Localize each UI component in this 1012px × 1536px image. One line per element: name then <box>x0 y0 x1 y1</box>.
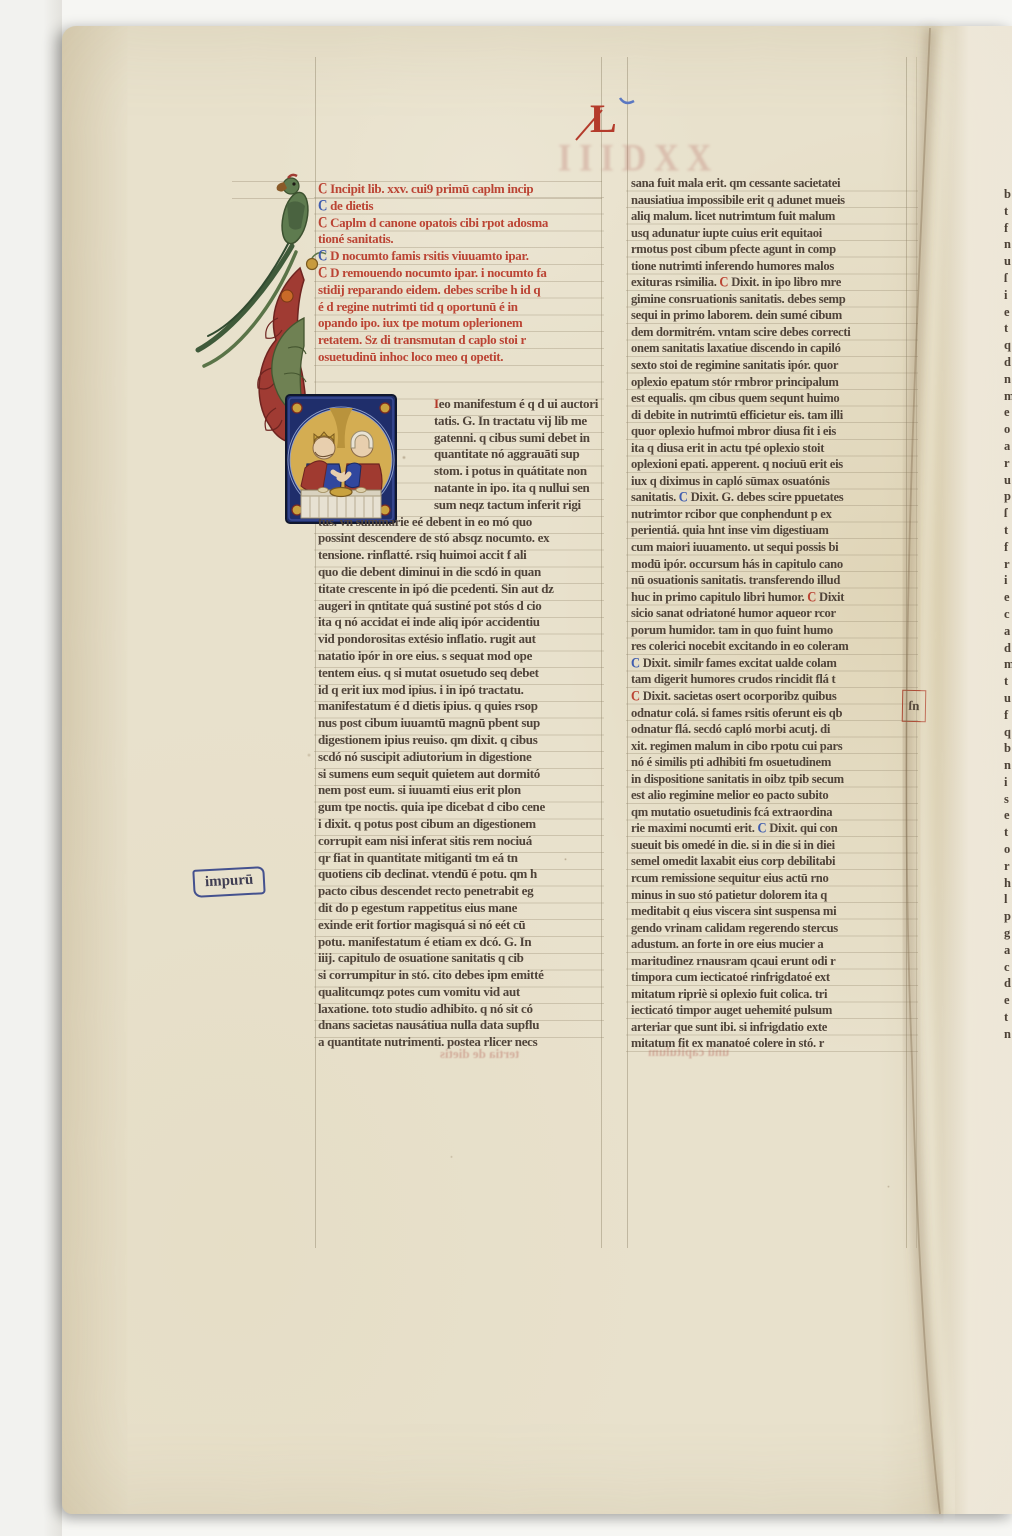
text-line: nó é similis pti adhibiti fm osuetudinem <box>631 754 907 771</box>
edge-letter-fragment: d <box>1004 975 1012 992</box>
edge-letter-fragment: b <box>1004 740 1012 757</box>
text-line: odnatur flá. secdó capló morbi acutj. di <box>631 721 907 738</box>
paragraph-mark-icon: C <box>318 263 327 283</box>
edge-letter-fragment: n <box>1004 1026 1012 1043</box>
text-line: arteriar que sunt ibi. si infrigdatio ex… <box>631 1019 907 1036</box>
text-line: si corrumpitur in stó. cito debes ipm em… <box>318 967 602 984</box>
next-folio-text-fragments: btfnuſietqdnmeoarupſtfriecadmtufqbniseto… <box>1004 186 1012 1052</box>
edge-letter-fragment: a <box>1004 942 1012 959</box>
edge-letter-fragment: i <box>1004 287 1012 304</box>
edge-letter-fragment: c <box>1004 606 1012 623</box>
text-line: possint descendere de stó absqz nocumto.… <box>318 530 602 547</box>
text-line: ita q diusa erit in actu tpé oplexio sto… <box>631 440 907 457</box>
text-line: mitatum ripriè si oplexio fuit colica. t… <box>631 986 907 1003</box>
edge-letter-fragment: s <box>1004 791 1012 808</box>
text-line: nausiatiua impossibile erit q adunet mue… <box>631 192 907 209</box>
edge-letter-fragment: m <box>1004 388 1012 405</box>
text-line: rmotus post cibum pfecte agunt in comp <box>631 241 907 258</box>
text-line: quotiens cib declinat. vtendū é potu. qm… <box>318 866 602 883</box>
edge-letter-fragment: r <box>1004 455 1012 472</box>
edge-letter-fragment: t <box>1004 203 1012 220</box>
manuscript-photo: { "meta": { "title": "Illuminated manusc… <box>0 0 1012 1536</box>
text-line: sana fuit mala erit. qm cessante sacieta… <box>631 175 907 192</box>
text-line: nus post cibum iuuamtū magnū pbent sup <box>318 715 602 732</box>
text-line: porum humidor. tam in quo fuint humo <box>631 622 907 639</box>
text-line: si sumens eum sequit quietem aut dormitó <box>318 766 602 783</box>
rubric-line: CD nocumto famis rsitis viuuamto ipar. <box>318 248 602 265</box>
text-line: nem post eum. si iuuamti eius erit plon <box>318 782 602 799</box>
text-line: oplexioni epati. apperent. q nociuū erit… <box>631 456 907 473</box>
text-line: titate crescente in ipó die pcedenti. Si… <box>318 581 602 598</box>
text-line: iecticató timpor auget uehemité pulsum <box>631 1002 907 1019</box>
edge-letter-fragment: p <box>1004 488 1012 505</box>
edge-letter-fragment: a <box>1004 623 1012 640</box>
text-line: gimine consruationis sanitatis. debes se… <box>631 291 907 308</box>
text-line: modū ipór. occursum hás in capitulo cano <box>631 556 907 573</box>
text-line: maritudinez rnausram qcaui erunt odi r <box>631 953 907 970</box>
text-line: quantitate nó aggrauāti sup <box>434 446 602 463</box>
text-line: semel omedit laxabit eius corp debilitab… <box>631 853 907 870</box>
text-line: timpora cum iecticatoé rinfrigdatoé ext <box>631 969 907 986</box>
rubric-line: CD remouendo nocumto ipar. i nocumto fa <box>318 265 602 282</box>
edge-letter-fragment: e <box>1004 304 1012 321</box>
text-line: tatis. G. In tractatu vij lib me <box>434 413 602 430</box>
rubric-line: stidij reparando eidem. debes scribe h i… <box>318 282 602 299</box>
red-initial-letter: I <box>434 396 439 411</box>
text-line: xit. regimen malum in cibo rpotu cui par… <box>631 738 907 755</box>
edge-letter-fragment: f <box>1004 539 1012 556</box>
edge-letter-fragment: f <box>1004 707 1012 724</box>
text-line: nū osuationis sanitatis. transferendo il… <box>631 572 907 589</box>
edge-letter-fragment: t <box>1004 673 1012 690</box>
text-line: quor oplexio hufmoi mbror diusa fit i ei… <box>631 423 907 440</box>
edge-letter-fragment: o <box>1004 421 1012 438</box>
text-line: corrupit eam nisi inferat sitis rem noci… <box>318 833 602 850</box>
text-line: Ieo manifestum é q d ui auctori <box>434 396 602 413</box>
text-line: exinde erit fortior magisquá si nó eét c… <box>318 917 602 934</box>
text-line: tam digerit humores crudos rincidit flá … <box>631 671 907 688</box>
paragraph-mark-icon: C <box>631 686 640 706</box>
edge-letter-fragment: u <box>1004 253 1012 270</box>
text-line: manifestatum é d dietis ipius. q quies r… <box>318 698 602 715</box>
text-line: sum neqz tactum inferit rigi <box>434 497 602 514</box>
text-line: CDixit. sacietas osert ocorporibz quibus <box>631 688 907 705</box>
edge-letter-fragment: ſ <box>1004 270 1012 287</box>
edge-letter-fragment: e <box>1004 589 1012 606</box>
edge-letter-fragment: f <box>1004 220 1012 237</box>
text-line: dit do p egestum rappetitus eius mane <box>318 900 602 917</box>
edge-letter-fragment: d <box>1004 640 1012 657</box>
text-line: augeri in qntitate quá sustiné pot stós … <box>318 598 602 615</box>
next-folio-edge <box>940 26 1012 1514</box>
rubric-line: é d regine nutrimti tid q oportunū é in <box>318 299 602 316</box>
bird-eye <box>292 182 295 185</box>
text-line: quo die debent diminui in die scdó in qu… <box>318 564 602 581</box>
text-line: laxatione. toto studio adhibito. q nó si… <box>318 1001 602 1018</box>
edge-letter-fragment: n <box>1004 757 1012 774</box>
edge-letter-fragment: r <box>1004 556 1012 573</box>
edge-letter-fragment: l <box>1004 891 1012 908</box>
text-line: gatenni. q cibus sumi debet in <box>434 430 602 447</box>
paragraph-mark-icon: C <box>631 653 640 673</box>
edge-letter-fragment: q <box>1004 337 1012 354</box>
text-line: di debite in nutrimtū efficietur eis. ta… <box>631 407 907 424</box>
edge-letter-fragment: t <box>1004 1009 1012 1026</box>
edge-letter-fragment: a <box>1004 438 1012 455</box>
rubric-line: osuetudinū inhoc loco meo q opetit. <box>318 349 602 366</box>
text-line: tentem eius. q si mutat osuetudo seq deb… <box>318 665 602 682</box>
text-line: id q erit iux mod ipius. i in ipó tracta… <box>318 682 602 699</box>
text-line: usq adunatur iupte cuius erit equitaoi <box>631 225 907 242</box>
edge-letter-fragment: n <box>1004 236 1012 253</box>
text-line: rcum remissione sequitur eius actū rno <box>631 870 907 887</box>
text-line: sexto stoi de regimine sanitatis ipór. q… <box>631 357 907 374</box>
edge-letter-fragment: p <box>1004 908 1012 925</box>
edge-letter-fragment: t <box>1004 522 1012 539</box>
text-line: perientiá. quia hnt inse vim digestiuam <box>631 522 907 539</box>
text-line: vid pondorositas extésio inflatio. rugit… <box>318 631 602 648</box>
gold-ball <box>307 259 318 270</box>
text-line: sueuit bis omedé in die. si in die si in… <box>631 837 907 854</box>
text-line: exituras rsimilia. CDixit. in ipo libro … <box>631 274 907 291</box>
left-column-body: Ieo manifestum é q d ui auctoritatis. G.… <box>318 396 602 1051</box>
edge-letter-fragment: d <box>1004 354 1012 371</box>
rubric-line: Cde dietis <box>318 198 602 215</box>
text-line: tione nutrimti inferendo humores malos <box>631 258 907 275</box>
paragraph-mark-icon: C <box>318 213 327 233</box>
edge-letter-fragment: t <box>1004 824 1012 841</box>
text-line: sanitatis. CDixit. G. debes scire ppueta… <box>631 489 907 506</box>
edge-letter-fragment: r <box>1004 858 1012 875</box>
edge-letter-fragment: m <box>1004 656 1012 673</box>
text-line: sicio sanat odriatoné humor aqueor rcor <box>631 605 907 622</box>
text-line: i dixit. q potus post cibum an digestion… <box>318 816 602 833</box>
edge-letter-fragment: t <box>1004 320 1012 337</box>
text-line: scdó nó suscipit adiutorium in digestion… <box>318 749 602 766</box>
edge-letter-fragment: e <box>1004 404 1012 421</box>
text-line: ita q nó accidat ei inde aliq ipór accid… <box>318 614 602 631</box>
text-line: tensione. rinflatté. rsiq huimoi accit f… <box>318 547 602 564</box>
marginal-note-impuru: impurū <box>192 866 266 898</box>
text-line: rie maximi nocumti erit. CDixit. qui con <box>631 820 907 837</box>
rubric-line: retatem. Sz di transmutan d caplo stoi r <box>318 332 602 349</box>
text-line: digestionem ipius reuiso. qm dixit. q ci… <box>318 732 602 749</box>
rubric-line: CCaplm d canone opatois cibi rpot adosma <box>318 215 602 232</box>
text-line: natante in ipo. ita q nullui sen <box>434 480 602 497</box>
ghost-offset-bottom-left: tertia de dietis <box>440 1046 519 1062</box>
rubric-line: opando ipo. iux tpe motum oplerionem <box>318 315 602 332</box>
text-line: res colerici nocebit excitando in eo col… <box>631 638 907 655</box>
text-line: CDixit. similr fames excitat ualde colam <box>631 655 907 672</box>
edge-letter-fragment: u <box>1004 472 1012 489</box>
text-line: pacto cibus descendet recto penetrabit e… <box>318 883 602 900</box>
rubric-line: tioné sanitatis. <box>318 231 602 248</box>
text-line: potu. manifestatum é etiam ex dcó. G. In <box>318 934 602 951</box>
text-line: stom. i potus in quátitate non <box>434 463 602 480</box>
edge-letter-fragment: b <box>1004 186 1012 203</box>
quire-mark-letter: L <box>590 96 617 141</box>
paragraph-mark-icon: C <box>807 587 816 607</box>
edge-letter-fragment: ſ <box>1004 505 1012 522</box>
edge-letter-fragment: u <box>1004 690 1012 707</box>
text-line: qualitcumqz potes cum vomitu vid aut <box>318 984 602 1001</box>
quire-mark-flourish <box>620 98 634 103</box>
edge-letter-fragment: n <box>1004 371 1012 388</box>
text-line: qm mutatio osuetudinis fcá extraordina <box>631 804 907 821</box>
text-line: onem sanitatis laxatiue discendo in capi… <box>631 340 907 357</box>
marginal-note-right: ſn <box>902 690 927 722</box>
ghost-offset-bottom-right: unū capitulum <box>648 1044 729 1060</box>
text-line: est alio regimine melior eo pacto subito <box>631 787 907 804</box>
text-line: qr fiat in quantitate mitiganti tm eá tn <box>318 850 602 867</box>
left-column-rubric: CIncipit lib. xxv. cui9 primū caplm inci… <box>318 181 602 366</box>
rubric-line: CIncipit lib. xxv. cui9 primū caplm inci… <box>318 181 602 198</box>
edge-letter-fragment: i <box>1004 774 1012 791</box>
paragraph-mark-icon: C <box>719 273 728 293</box>
paragraph-mark-icon: C <box>757 819 766 839</box>
edge-letter-fragment: g <box>1004 925 1012 942</box>
text-line: dnans sacietas nausátiua nulla data supf… <box>318 1017 602 1034</box>
edge-letter-fragment: i <box>1004 572 1012 589</box>
edge-letter-fragment: o <box>1004 841 1012 858</box>
edge-letter-fragment: h <box>1004 875 1012 892</box>
text-line: adustum. an forte in ore eius mucier a <box>631 936 907 953</box>
text-line: cum maiori iuuamento. ut sequi possis bi <box>631 539 907 556</box>
text-line: tus. vn summarie eé debent in eo mó quo <box>318 514 602 531</box>
right-column-body: sana fuit mala erit. qm cessante sacieta… <box>631 175 907 1052</box>
text-line: in dispositione sanitatis in oibz tpib s… <box>631 771 907 788</box>
edge-letter-fragment: c <box>1004 959 1012 976</box>
text-line: dem dormitrém. vntam scire debes correct… <box>631 324 907 341</box>
edge-letter-fragment: e <box>1004 807 1012 824</box>
text-line: natatio ipór in ore eius. s sequat mod o… <box>318 648 602 665</box>
text-line: gum tpe noctis. quia ipe dicebat d cibo … <box>318 799 602 816</box>
edge-letter-fragment: e <box>1004 992 1012 1009</box>
text-line: huc in primo capitulo libri humor. CDixi… <box>631 589 907 606</box>
edge-letter-fragment: q <box>1004 724 1012 741</box>
text-line: minus in suo stó patietur dolorem ita q <box>631 887 907 904</box>
text-line: gendo vrinam calidam regerendo stercus <box>631 920 907 937</box>
text-line: sequi in primo laborem. dein sumé cibum <box>631 307 907 324</box>
photo-backdrop <box>0 0 62 1536</box>
text-line: nutrimtor rcibor que conphendunt p ex <box>631 506 907 523</box>
text-line: est equalis. qm cibus quem sequnt huimo <box>631 390 907 407</box>
paragraph-mark-icon: C <box>679 488 688 508</box>
text-line: odnatur colá. si fames rsitis oferunt ei… <box>631 705 907 722</box>
text-line: meditabit q eius viscera sint suspensa m… <box>631 903 907 920</box>
text-line: oplexio epatum stór rmbror principalum <box>631 374 907 391</box>
text-line: iux q diximus in capló sūmax osuatónis <box>631 473 907 490</box>
text-line: aliq malum. licet nutrimtum fuit malum <box>631 208 907 225</box>
text-line: iiij. capitulo de osuatione sanitatis q … <box>318 950 602 967</box>
